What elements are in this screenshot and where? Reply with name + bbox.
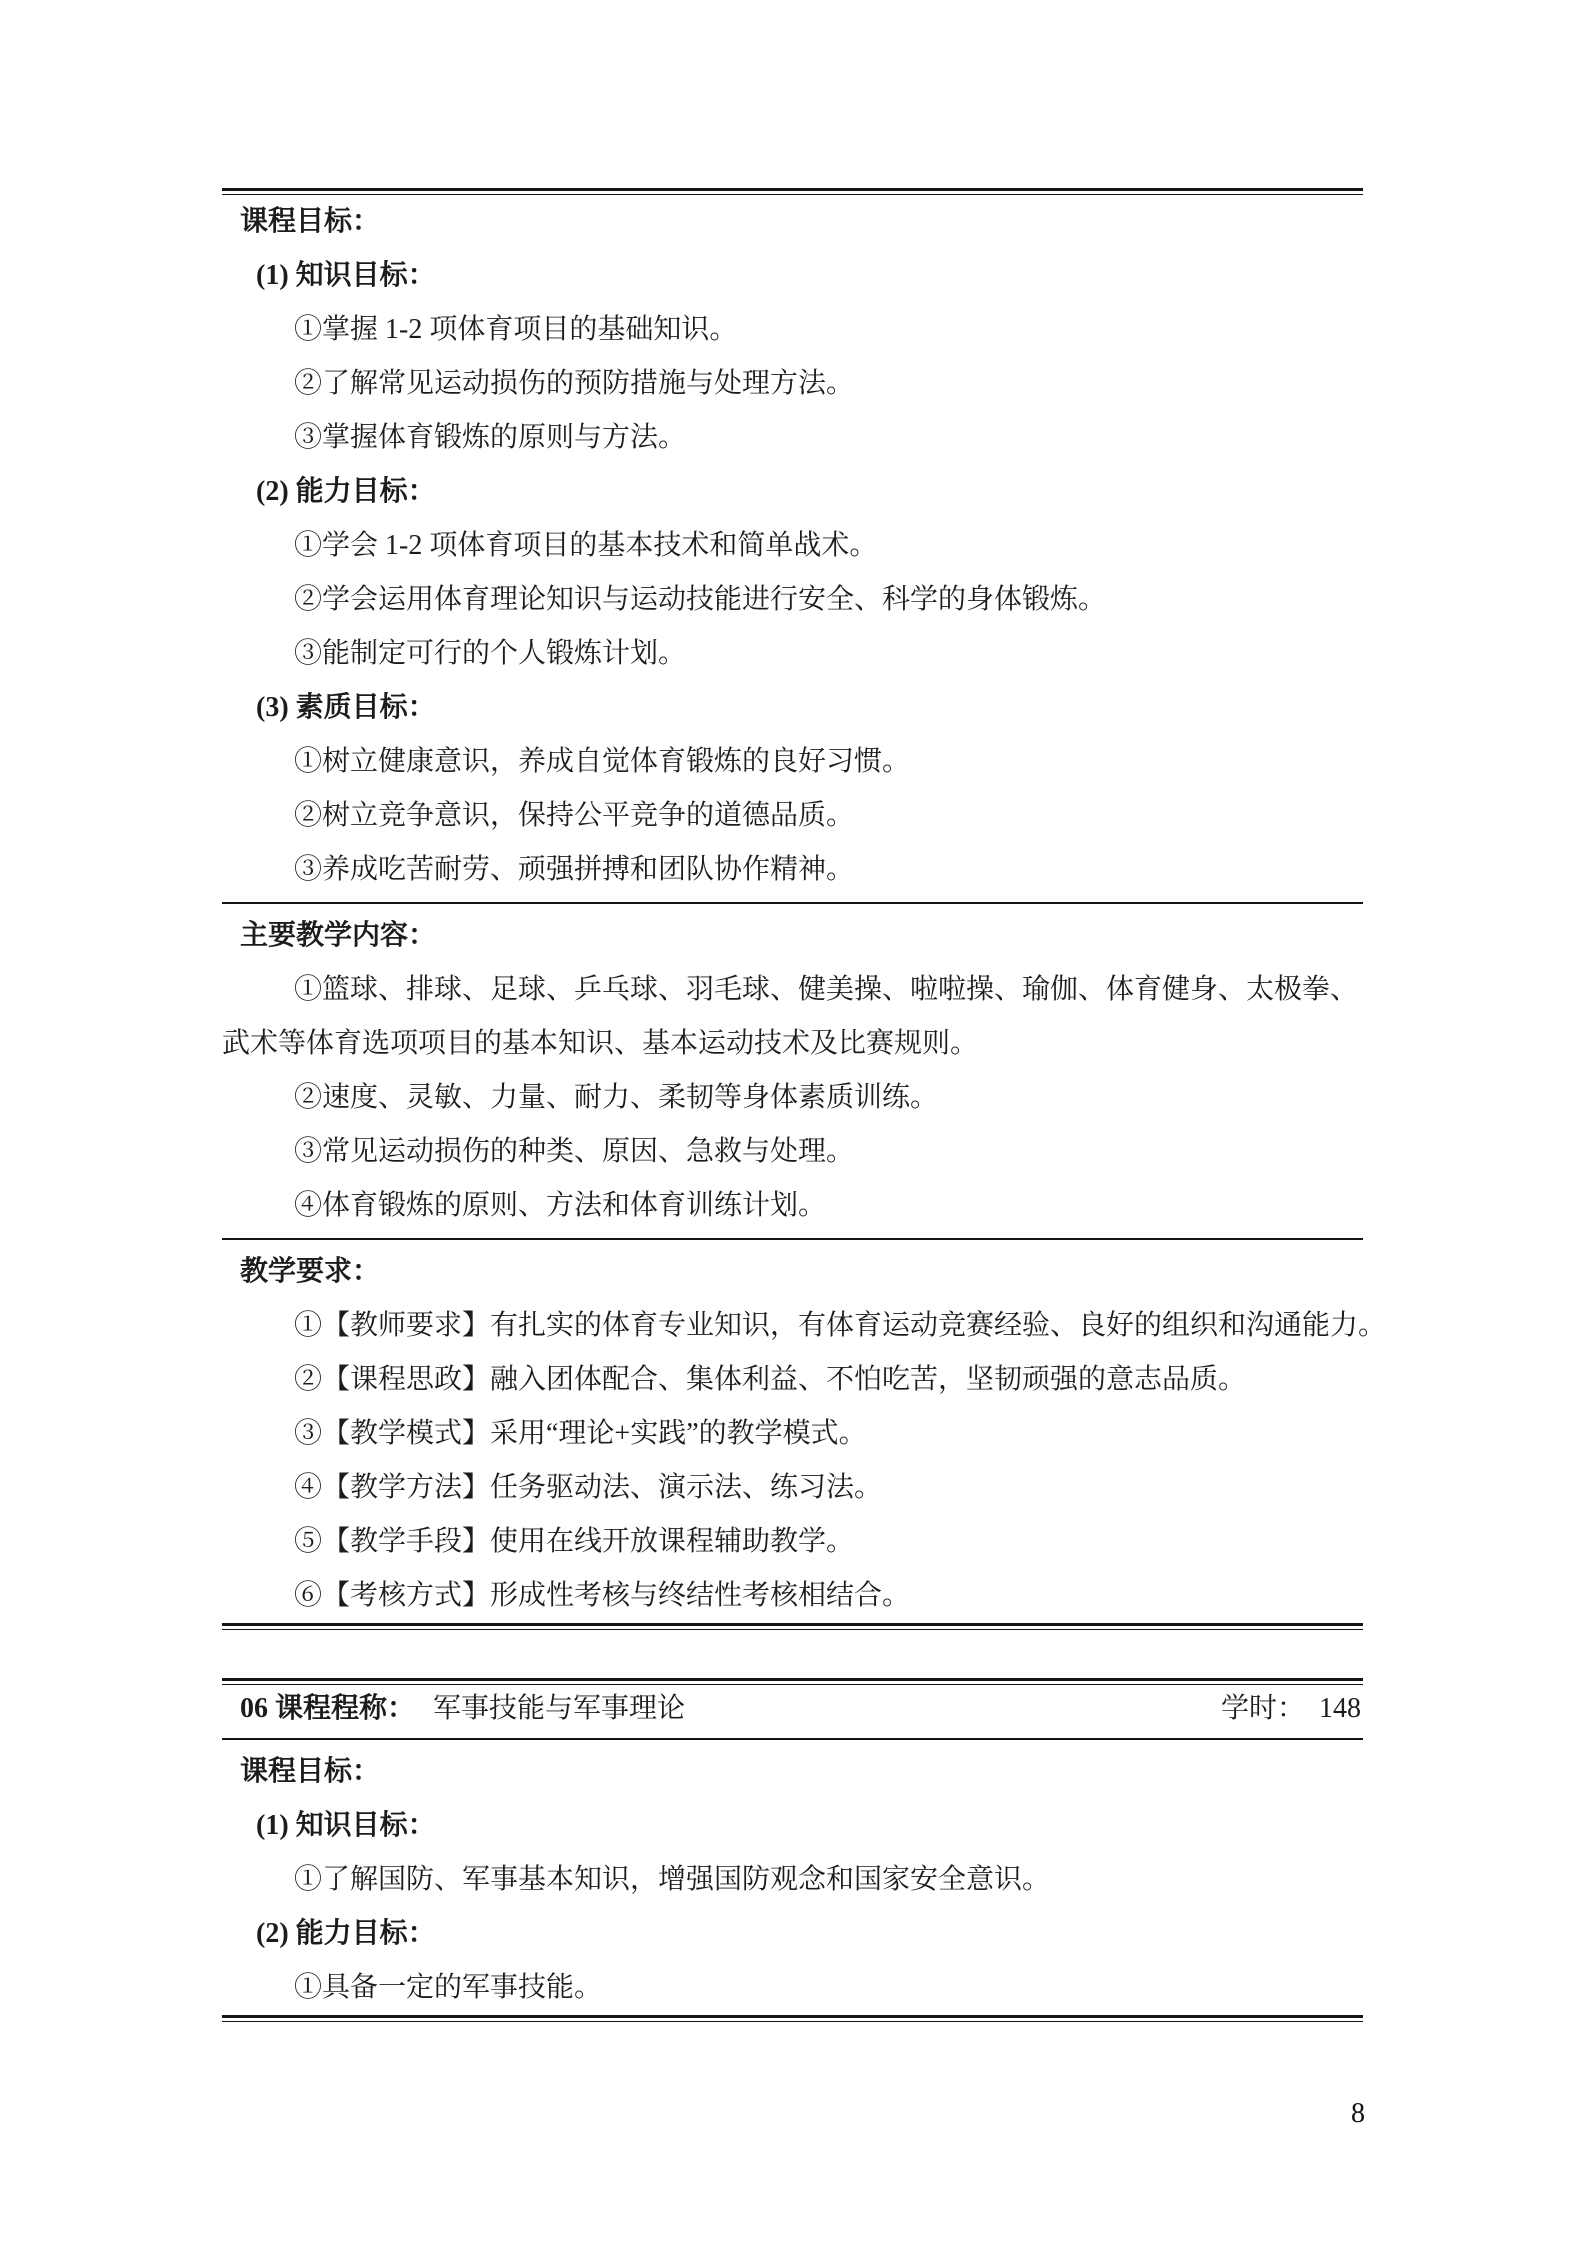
course06-knowledge-heading: (1) 知识目标：	[222, 1799, 1363, 1853]
course05-content-heading: 主要教学内容：	[222, 909, 1363, 963]
course05-knowledge-item: ②了解常见运动损伤的预防措施与处理方法。	[222, 357, 1363, 411]
course05-quality-heading: (3) 素质目标：	[222, 681, 1363, 735]
page-content: 课程目标： (1) 知识目标： ①掌握 1-2 项体育项目的基础知识。 ②了解常…	[222, 188, 1363, 2022]
course06-ability-heading: (2) 能力目标：	[222, 1907, 1363, 1961]
course05-content-line: ②速度、灵敏、力量、耐力、柔韧等身体素质训练。	[222, 1071, 1363, 1125]
course05-requirement-item: ①【教师要求】有扎实的体育专业知识，有体育运动竞赛经验、良好的组织和沟通能力。	[222, 1299, 1363, 1353]
course05-content-line: ④体育锻炼的原则、方法和体育训练计划。	[222, 1179, 1363, 1233]
course06-hours-label: 学时：	[1221, 1685, 1305, 1733]
course06-number-label: 06 课程程称：	[240, 1685, 415, 1733]
course05-requirement-item: ②【课程思政】融入团体配合、集体利益、不怕吃苦，坚韧顽强的意志品质。	[222, 1353, 1363, 1407]
section-bottom-divider	[222, 1623, 1363, 1630]
course05-quality-item: ①树立健康意识，养成自觉体育锻炼的良好习惯。	[222, 735, 1363, 789]
course06-hours-value: 148	[1319, 1685, 1361, 1733]
course06-ability-item: ①具备一定的军事技能。	[222, 1961, 1363, 2015]
section-divider	[222, 1238, 1363, 1240]
course05-ability-heading: (2) 能力目标：	[222, 465, 1363, 519]
course05-requirements-heading: 教学要求：	[222, 1245, 1363, 1299]
course05-ability-item: ②学会运用体育理论知识与运动技能进行安全、科学的身体锻炼。	[222, 573, 1363, 627]
section-top-divider	[222, 1678, 1363, 1685]
course05-requirement-item: ③【教学模式】采用“理论+实践”的教学模式。	[222, 1407, 1363, 1461]
course05-requirement-item: ⑥【考核方式】形成性考核与终结性考核相结合。	[222, 1569, 1363, 1623]
section-bottom-divider	[222, 2015, 1363, 2022]
course05-quality-item: ③养成吃苦耐劳、顽强拼搏和团队协作精神。	[222, 843, 1363, 897]
course05-goals-heading: 课程目标：	[222, 195, 1363, 249]
course05-knowledge-heading: (1) 知识目标：	[222, 249, 1363, 303]
course05-ability-item: ①学会 1-2 项体育项目的基本技术和简单战术。	[222, 519, 1363, 573]
course05-content-line: ③常见运动损伤的种类、原因、急救与处理。	[222, 1125, 1363, 1179]
section-top-divider	[222, 188, 1363, 195]
course05-knowledge-item: ③掌握体育锻炼的原则与方法。	[222, 411, 1363, 465]
section-gap	[222, 1630, 1363, 1678]
course05-ability-item: ③能制定可行的个人锻炼计划。	[222, 627, 1363, 681]
course06-name: 军事技能与军事理论	[433, 1685, 685, 1733]
course05-content-line-continuation: 武术等体育选项项目的基本知识、基本运动技术及比赛规则。	[222, 1017, 1363, 1071]
course05-quality-item: ②树立竞争意识，保持公平竞争的道德品质。	[222, 789, 1363, 843]
page-number: 8	[1340, 2098, 1376, 2130]
course05-content-line: ①篮球、排球、足球、乒乓球、羽毛球、健美操、啦啦操、瑜伽、体育健身、太极拳、	[222, 963, 1363, 1017]
section-divider	[222, 902, 1363, 904]
document-page: 课程目标： (1) 知识目标： ①掌握 1-2 项体育项目的基础知识。 ②了解常…	[0, 0, 1587, 2245]
course06-goals-heading: 课程目标：	[222, 1745, 1363, 1799]
course05-knowledge-item: ①掌握 1-2 项体育项目的基础知识。	[222, 303, 1363, 357]
course06-knowledge-item: ①了解国防、军事基本知识，增强国防观念和国家安全意识。	[222, 1853, 1363, 1907]
course05-requirement-item: ④【教学方法】任务驱动法、演示法、练习法。	[222, 1461, 1363, 1515]
course06-title-row: 06 课程程称： 军事技能与军事理论 学时： 148	[222, 1685, 1363, 1733]
row-divider	[222, 1738, 1363, 1740]
course05-requirement-item: ⑤【教学手段】使用在线开放课程辅助教学。	[222, 1515, 1363, 1569]
